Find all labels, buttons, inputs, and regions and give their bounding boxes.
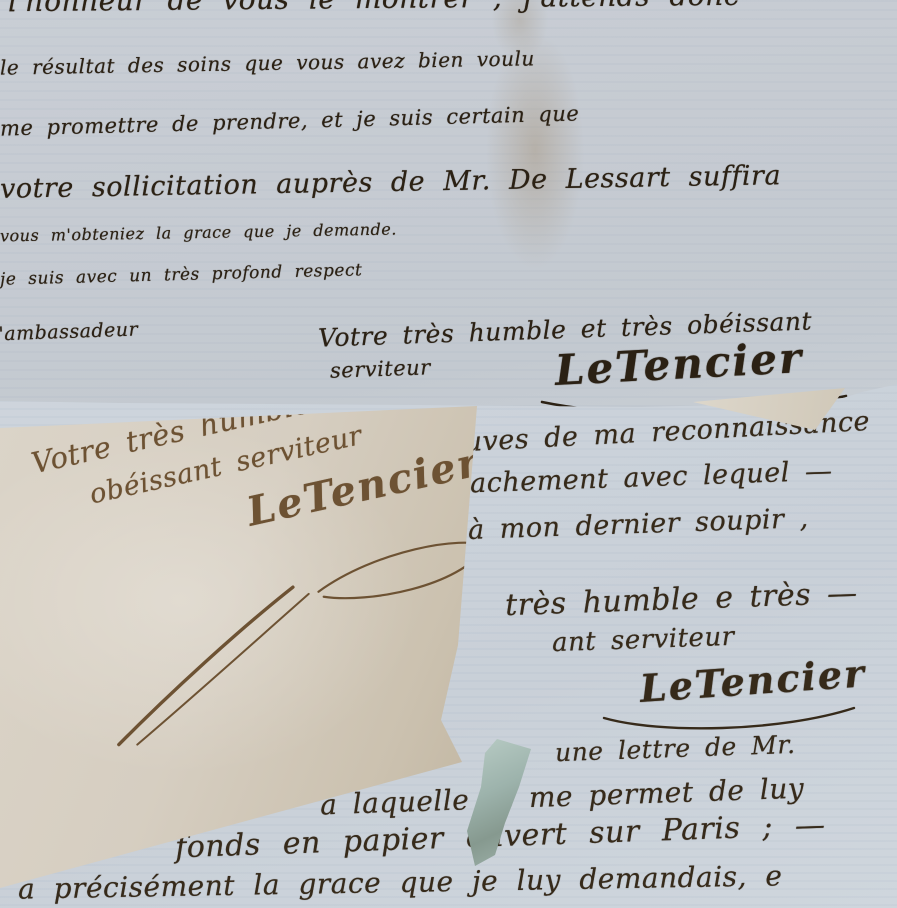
letter-line: me promettre de prendre, et je suis cert… [0, 102, 580, 140]
photo-of-letters: euves de ma reconnaissance achement avec… [0, 0, 897, 908]
top-letter-sheet: l'honneur de vous le montrer ; j'attends… [0, 0, 897, 440]
letter-line: je suis avec un très profond respect [0, 261, 363, 289]
card-text-block: Votre très humble obéissant serviteur Le… [14, 336, 564, 848]
letter-line: l'honneur de vous le montrer ; j'attends… [8, 0, 740, 18]
top-letter-signature: LeTencier [554, 335, 804, 394]
letter-line: ant serviteur [552, 623, 736, 658]
letter-line: votre sollicitation auprès de Mr. De Les… [0, 161, 781, 204]
card-paraphe-flourish [64, 485, 533, 756]
closing-address: l'ambassadeur [0, 319, 139, 345]
letter-line: le résultat des soins que vous avez bien… [0, 47, 535, 78]
letter-line: vous m'obteniez la grace que je demande. [0, 221, 397, 246]
letter-line: très humble e très — [505, 577, 859, 622]
letter-line: a précisément la grace que je luy demand… [18, 861, 783, 905]
letter-line: achement avec lequel — [470, 457, 833, 499]
letter-line: une lettre de Mr. [555, 731, 796, 767]
closing-word: serviteur [330, 356, 432, 383]
letter-line: à mon dernier soupir , [468, 504, 810, 546]
